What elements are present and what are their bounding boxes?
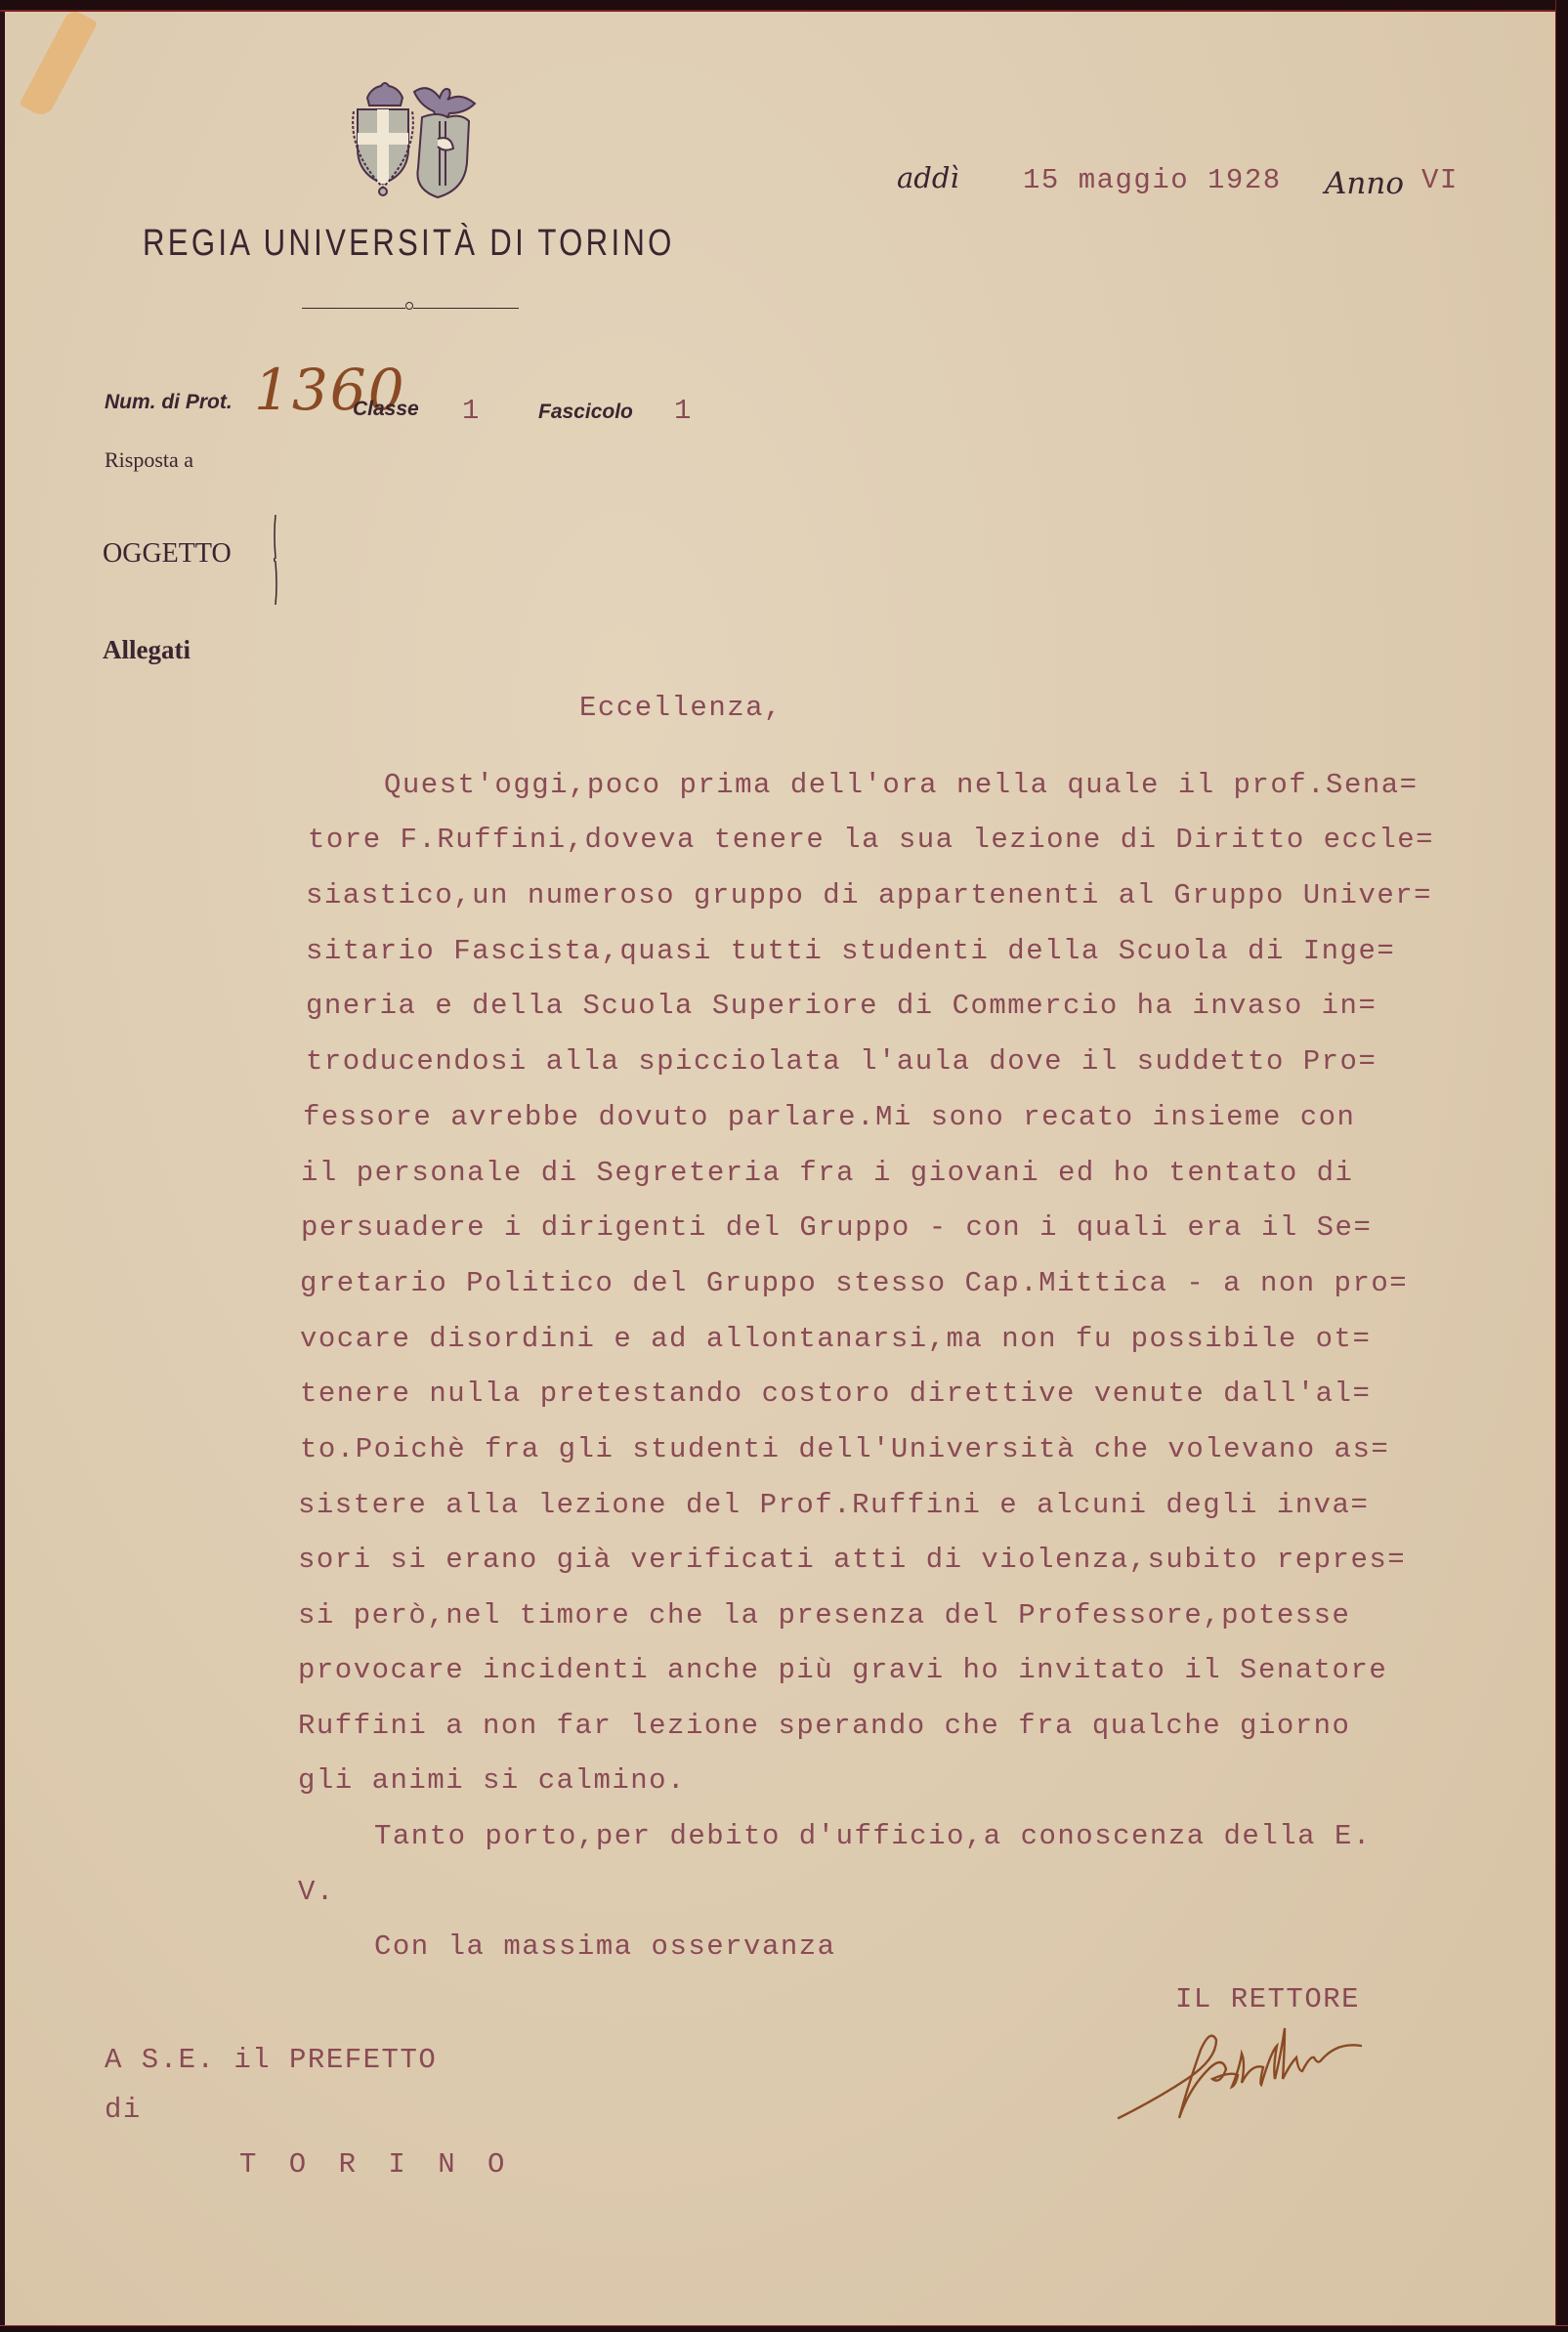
divider-ornament [405,302,413,310]
fascicolo-value: 1 [674,395,693,427]
courtesy-line: Tanto porto,per debito d'ufficio,a conos… [374,1820,1372,1852]
body-line: siastico,un numeroso gruppo di appartene… [306,879,1432,912]
coat-of-arms-icon [342,78,498,200]
body-line: gli animi si calmino. [298,1764,686,1797]
recipient-line-3: T O R I N O [239,2148,512,2181]
body-line: tenere nulla pretestando costoro diretti… [300,1378,1371,1410]
oggetto-label: OGGETTO [103,538,232,570]
divider-line-left [302,308,405,309]
allegati-label: Allegati [103,635,191,665]
body-line: sitario Fascista,quasi tutti studenti de… [306,935,1395,967]
date-value: 15 maggio 1928 [1023,164,1282,196]
protocol-label: Num. di Prot. [105,391,233,414]
fascicolo-label: Fascicolo [538,401,633,424]
brace-icon [274,515,277,605]
body-line: sori si erano già verificati atti di vio… [298,1544,1406,1576]
courtesy-line: V. [298,1876,335,1908]
body-line: tore F.Ruffini,doveva tenere la sua lezi… [308,824,1434,856]
date-addi-label: addì [897,161,959,194]
fascist-era-year: VI [1421,164,1459,196]
body-line: troducendosi alla spicciolata l'aula dov… [306,1045,1377,1078]
body-line: Quest'oggi,poco prima dell'ora nella qua… [384,769,1419,801]
risposta-label: Risposta a [105,447,193,473]
recipient-line-2: di [105,2094,142,2126]
body-line: vocare disordini e ad allontanarsi,ma no… [300,1323,1371,1355]
body-line: Ruffini a non far lezione sperando che f… [298,1710,1350,1742]
scan-background-right [1555,0,1568,2332]
signatory-title: IL RETTORE [1175,1983,1360,2015]
scan-background-top [0,0,1568,12]
institution-name: REGIA UNIVERSITÀ DI TORINO [143,223,675,265]
handwritten-signature [1114,2022,1504,2130]
salutation: Eccellenza, [579,692,783,724]
classe-label: Classe [353,398,419,421]
closing-formula: Con la massima osservanza [374,1930,836,1963]
body-line: gneria e della Scuola Superiore di Comme… [306,990,1377,1022]
date-anno-label: Anno [1325,166,1404,201]
classe-value: 1 [462,395,481,427]
body-line: gretario Politico del Gruppo stesso Cap.… [300,1267,1408,1299]
body-line: sistere alla lezione del Prof.Ruffini e … [298,1489,1369,1521]
body-line: si però,nel timore che la presenza del P… [298,1599,1350,1632]
scan-background-bottom [0,2325,1568,2332]
body-line: fessore avrebbe dovuto parlare.Mi sono r… [303,1101,1355,1133]
divider-line-right [413,308,519,309]
body-line: to.Poichè fra gli studenti dell'Universi… [300,1433,1389,1465]
body-line: persuadere i dirigenti del Gruppo - con … [301,1211,1372,1244]
body-line: il personale di Segreteria fra i giovani… [301,1157,1353,1189]
recipient-line-1: A S.E. il PREFETTO [105,2044,437,2076]
body-line: provocare incidenti anche più gravi ho i… [298,1654,1387,1686]
